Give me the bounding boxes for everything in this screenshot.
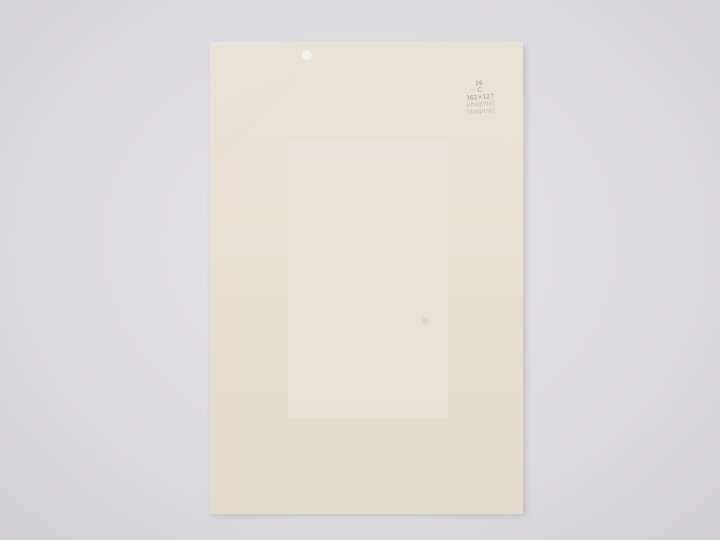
annotation-line-5: (illegible) xyxy=(467,107,495,116)
image-ghost-area xyxy=(288,142,448,417)
pencil-annotations: 26 C 362×127 (illegible) (illegible) xyxy=(465,79,495,116)
paper-sheet: 26 C 362×127 (illegible) (illegible) xyxy=(210,42,523,514)
paper-stain xyxy=(422,318,428,324)
tape-tear xyxy=(302,50,312,60)
